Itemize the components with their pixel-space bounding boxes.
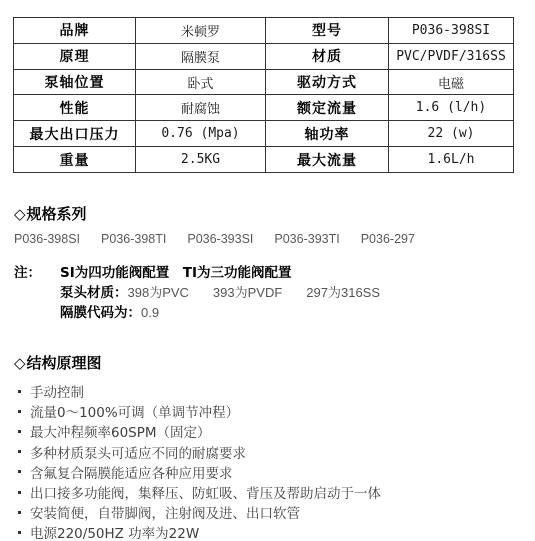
bullet-icon [18, 531, 21, 534]
note-pump-head-line: 泵头材质： 398为PVC 393为PVDF 297为316SS [14, 283, 380, 303]
bullet-icon [18, 450, 21, 453]
list-item: 出口接多功能阀，集释压、防虹吸、背压及帮助启动于一体 [16, 482, 381, 502]
spec-value-cell: 0.76 (Mpa) [136, 121, 266, 147]
feature-text: 手动控制 [30, 381, 84, 401]
note-label: 注： [14, 264, 60, 283]
spec-value-cell: 米顿罗 [136, 18, 266, 44]
spec-value-cell: 隔膜泵 [136, 43, 266, 69]
note-diaphragm-line: 隔膜代码为： 0.9 [14, 303, 380, 323]
spec-table: 品牌 米顿罗 型号 P036-398SI 原理 隔膜泵 材质 PVC/PVDF/… [13, 17, 514, 173]
bullet-icon [18, 390, 21, 393]
table-row: 原理 隔膜泵 材质 PVC/PVDF/316SS [14, 43, 514, 69]
spec-value-cell: PVC/PVDF/316SS [389, 43, 514, 69]
feature-text: 最大冲程频率60SPM（固定） [30, 421, 211, 441]
series-model: P036-398SI [14, 232, 80, 246]
feature-text: 电源220/50HZ 功率为22W [30, 522, 199, 541]
series-model: P036-297 [361, 232, 415, 246]
bullet-icon [18, 511, 21, 514]
table-row: 重量 2.5KG 最大流量 1.6L/h [14, 147, 514, 173]
spec-series-heading: ◇规格系列 [14, 203, 87, 224]
product-spec-page: 品牌 米顿罗 型号 P036-398SI 原理 隔膜泵 材质 PVC/PVDF/… [0, 0, 535, 541]
pump-head-label: 泵头材质： [60, 284, 128, 303]
spec-label-cell: 泵轴位置 [14, 69, 136, 95]
pump-head-item: 393为PVDF [213, 283, 282, 302]
list-item: 流量0～100%可调（单调节冲程） [16, 401, 381, 421]
spec-label-cell: 最大出口压力 [14, 121, 136, 147]
bullet-icon [18, 430, 21, 433]
series-model: P036-398TI [101, 232, 166, 246]
series-model: P036-393SI [187, 232, 253, 246]
note-valve-text: SI为四功能阀配置 TI为三功能阀配置 [60, 264, 291, 283]
feature-text: 多种材质泵头可适应不同的耐腐要求 [30, 442, 246, 462]
pump-head-item: 297为316SS [306, 283, 380, 302]
spec-label-cell: 驱动方式 [266, 69, 389, 95]
pump-head-item: 398为PVC [128, 283, 189, 302]
series-model: P036-393TI [274, 232, 339, 246]
spec-series-list: P036-398SI P036-398TI P036-393SI P036-39… [14, 232, 415, 246]
spec-label-cell: 品牌 [14, 18, 136, 44]
diaphragm-label: 隔膜代码为： [60, 304, 141, 323]
spec-label-cell: 原理 [14, 43, 136, 69]
spec-label-cell: 性能 [14, 95, 136, 121]
list-item: 安装简便，自带脚阀，注射阀及进、出口软管 [16, 502, 381, 522]
table-row: 性能 耐腐蚀 额定流量 1.6 (l/h) [14, 95, 514, 121]
spec-value-cell: 卧式 [136, 69, 266, 95]
list-item: 多种材质泵头可适应不同的耐腐要求 [16, 442, 381, 462]
structure-heading: ◇结构原理图 [14, 352, 102, 373]
diaphragm-value: 0.9 [141, 303, 159, 322]
table-row: 最大出口压力 0.76 (Mpa) 轴功率 22 (w) [14, 121, 514, 147]
spec-label-cell: 重量 [14, 147, 136, 173]
spec-label-cell: 型号 [266, 18, 389, 44]
spec-label-cell: 轴功率 [266, 121, 389, 147]
spec-value-cell: 1.6L/h [389, 147, 514, 173]
list-item: 电源220/50HZ 功率为22W [16, 522, 381, 541]
diamond-icon: ◇ [14, 205, 26, 223]
structure-heading-label: 结构原理图 [27, 354, 102, 372]
spec-label-cell: 额定流量 [266, 95, 389, 121]
note-block: 注： SI为四功能阀配置 TI为三功能阀配置 泵头材质： 398为PVC 393… [14, 264, 380, 323]
spec-label-cell: 材质 [266, 43, 389, 69]
bullet-icon [18, 470, 21, 473]
feature-text: 含氟复合隔膜能适应各种应用要求 [30, 462, 233, 482]
spec-value-cell: 22 (w) [389, 121, 514, 147]
spec-series-heading-label: 规格系列 [27, 205, 87, 223]
list-item: 手动控制 [16, 381, 381, 401]
bullet-icon [18, 410, 21, 413]
note-valve-line: 注： SI为四功能阀配置 TI为三功能阀配置 [14, 264, 380, 283]
diamond-icon: ◇ [14, 354, 26, 372]
spec-value-cell: 1.6 (l/h) [389, 95, 514, 121]
bullet-icon [18, 491, 21, 494]
list-item: 含氟复合隔膜能适应各种应用要求 [16, 462, 381, 482]
feature-text: 流量0～100%可调（单调节冲程） [30, 401, 239, 421]
table-row: 品牌 米顿罗 型号 P036-398SI [14, 18, 514, 44]
list-item: 最大冲程频率60SPM（固定） [16, 421, 381, 441]
feature-text: 安装简便，自带脚阀，注射阀及进、出口软管 [30, 502, 300, 522]
spec-value-cell: 电磁 [389, 69, 514, 95]
feature-text: 出口接多功能阀，集释压、防虹吸、背压及帮助启动于一体 [30, 482, 381, 502]
spec-label-cell: 最大流量 [266, 147, 389, 173]
table-row: 泵轴位置 卧式 驱动方式 电磁 [14, 69, 514, 95]
feature-list: 手动控制 流量0～100%可调（单调节冲程） 最大冲程频率60SPM（固定） 多… [16, 381, 381, 541]
spec-value-cell: 2.5KG [136, 147, 266, 173]
spec-value-cell: 耐腐蚀 [136, 95, 266, 121]
spec-value-cell: P036-398SI [389, 18, 514, 44]
